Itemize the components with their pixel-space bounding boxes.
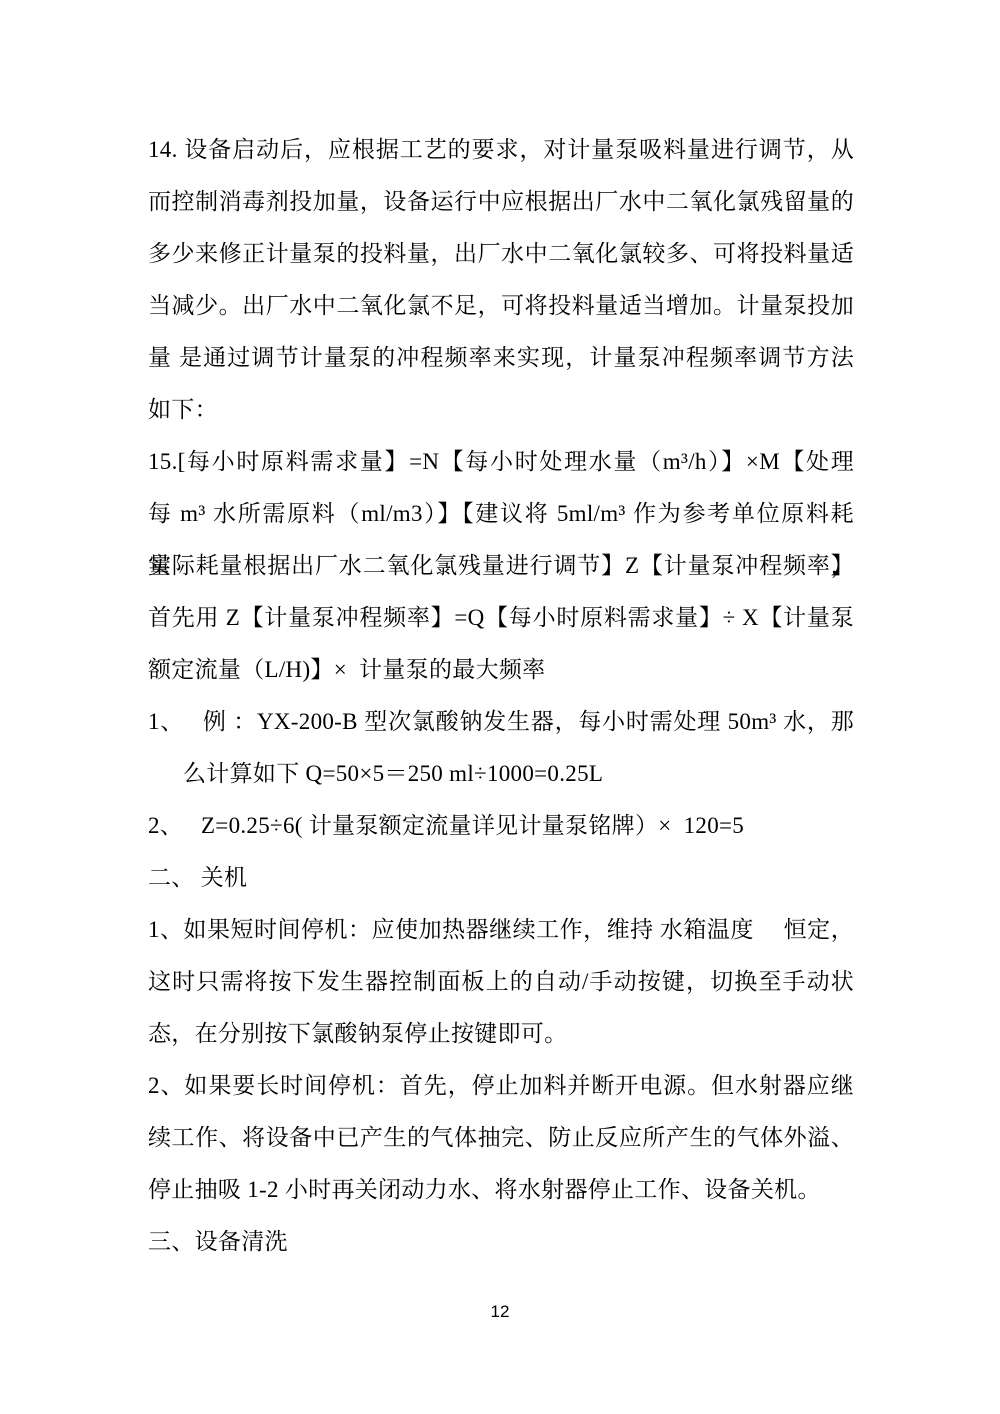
document-page: 14. 设备启动后，应根据工艺的要求，对计量泵吸料量进行调节，从 而控制消毒剂投… bbox=[0, 0, 1000, 1414]
text-line: 量 是通过调节计量泵的冲程频率来实现，计量泵冲程频率调节方法 bbox=[148, 332, 854, 384]
text-line: 停止抽吸 1-2 小时再关闭动力水、将水射器停止工作、设备关机。 bbox=[148, 1164, 854, 1216]
text-line: 15.[每小时原料需求量】=N【每小时处理水量（m³/h）】×M【处理 bbox=[148, 436, 854, 488]
text-line: 态，在分别按下氯酸钠泵停止按键即可。 bbox=[148, 1008, 854, 1060]
text-line: 2、 Z=0.25÷6( 计量泵额定流量详见计量泵铭牌）× 120=5 bbox=[148, 800, 854, 852]
text-line: 首先用 Z【计量泵冲程频率】=Q【每小时原料需求量】÷ X【计量泵 bbox=[148, 592, 854, 644]
text-line: 1、如果短时间停机：应使加热器继续工作，维持 水箱温度 恒定， bbox=[148, 904, 854, 956]
text-line: 二、 关机 bbox=[148, 852, 854, 904]
text-line: 如下： bbox=[148, 384, 854, 436]
text-line: 1、 例 ：YX-200-B 型次氯酸钠发生器，每小时需处理 50m³ 水，那 bbox=[148, 696, 854, 748]
text-line: 2、如果要长时间停机：首先，停止加料并断开电源。但水射器应继 bbox=[148, 1060, 854, 1112]
text-line: 三、设备清洗 bbox=[148, 1216, 854, 1268]
text-line: 14. 设备启动后，应根据工艺的要求，对计量泵吸料量进行调节，从 bbox=[148, 124, 854, 176]
text-line: 当减少。出厂水中二氧化氯不足，可将投料量适当增加。计量泵投加 bbox=[148, 280, 854, 332]
text-line: 多少来修正计量泵的投料量，出厂水中二氧化氯较多、可将投料量适 bbox=[148, 228, 854, 280]
body-text: 14. 设备启动后，应根据工艺的要求，对计量泵吸料量进行调节，从 而控制消毒剂投… bbox=[148, 124, 854, 1268]
text-line: 而控制消毒剂投加量，设备运行中应根据出厂水中二氧化氯残留量的 bbox=[148, 176, 854, 228]
text-line: 这时只需将按下发生器控制面板上的自动/手动按键，切换至手动状 bbox=[148, 956, 854, 1008]
text-line: 额定流量（L/H)】× 计量泵的最大频率 bbox=[148, 644, 854, 696]
text-line: 么计算如下 Q=50×5＝250 ml÷1000=0.25L bbox=[148, 748, 854, 800]
text-line: 每 m³ 水所需原料（ml/m3）】【建议将 5ml/m³ 作为参考单位原料耗量… bbox=[148, 488, 854, 540]
text-line: 续工作、将设备中已产生的气体抽完、防止反应所产生的气体外溢、 bbox=[148, 1112, 854, 1164]
text-line: 实际耗量根据出厂水二氧化氯残量进行调节】Z【计量泵冲程频率】 bbox=[148, 540, 854, 592]
page-number: 12 bbox=[0, 1300, 1000, 1324]
